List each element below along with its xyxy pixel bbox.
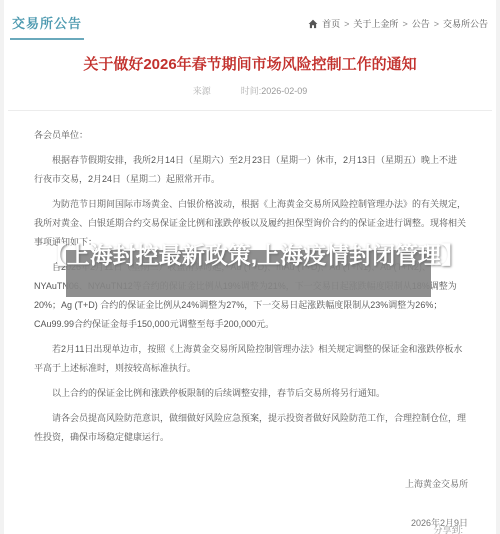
breadcrumb-items: 首页>关于上金所>公告>交易所公告	[322, 17, 488, 30]
page-header: 交易所公告 首页>关于上金所>公告>交易所公告	[4, 0, 496, 40]
breadcrumb: 首页>关于上金所>公告>交易所公告	[308, 17, 488, 30]
announcement-page: 交易所公告 首页>关于上金所>公告>交易所公告 关于做好2026年春节期间市场风…	[0, 0, 500, 534]
signature-date: 2026年2月9日	[32, 516, 468, 529]
breadcrumb-item-4[interactable]: 交易所公告	[443, 17, 488, 30]
article-paragraph-1: 各会员单位：	[34, 126, 466, 145]
breadcrumb-item-3[interactable]: 公告	[412, 17, 430, 30]
article-header: 关于做好2026年春节期间市场风险控制工作的通知 来源时间:2026-02-09	[8, 40, 492, 111]
share-label[interactable]: 分享到:	[433, 523, 463, 534]
section-title: 交易所公告	[10, 13, 84, 40]
article-paragraph-2: 根据春节假期安排，我所2月14日（星期六）至2月23日（星期一）休市，2月13日…	[34, 151, 466, 189]
breadcrumb-item-1[interactable]: 首页	[322, 17, 340, 30]
signature-company: 上海黄金交易所	[32, 477, 468, 490]
watermark-text: 【上海封控最新政策,上海疫情封闭管理】	[42, 241, 466, 270]
breadcrumb-separator: >	[402, 19, 407, 29]
breadcrumb-separator: >	[434, 19, 439, 29]
article-meta: 来源时间:2026-02-09	[34, 84, 466, 97]
source-label: 来源	[193, 86, 211, 96]
time-label: 时间:	[241, 86, 262, 96]
article-paragraph-6: 以上合约的保证金比例和涨跌停板限制的后续调整安排，春节后交易所将另行通知。	[34, 384, 466, 403]
signature-block: 上海黄金交易所 2026年2月9日	[4, 477, 496, 529]
article-paragraph-7: 请各会员提高风险防范意识，做细做好风险应急预案，提示投资者做好风险防范工作，合理…	[34, 409, 466, 447]
breadcrumb-separator: >	[344, 19, 349, 29]
time-value: 2026-02-09	[261, 86, 307, 96]
breadcrumb-item-2[interactable]: 关于上金所	[353, 17, 398, 30]
article-paragraph-5: 若2月11日出现单边市，按照《上海黄金交易所风险控制管理办法》相关规定调整的保证…	[34, 340, 466, 378]
article-title: 关于做好2026年春节期间市场风险控制工作的通知	[34, 55, 466, 74]
home-icon[interactable]	[308, 19, 318, 29]
